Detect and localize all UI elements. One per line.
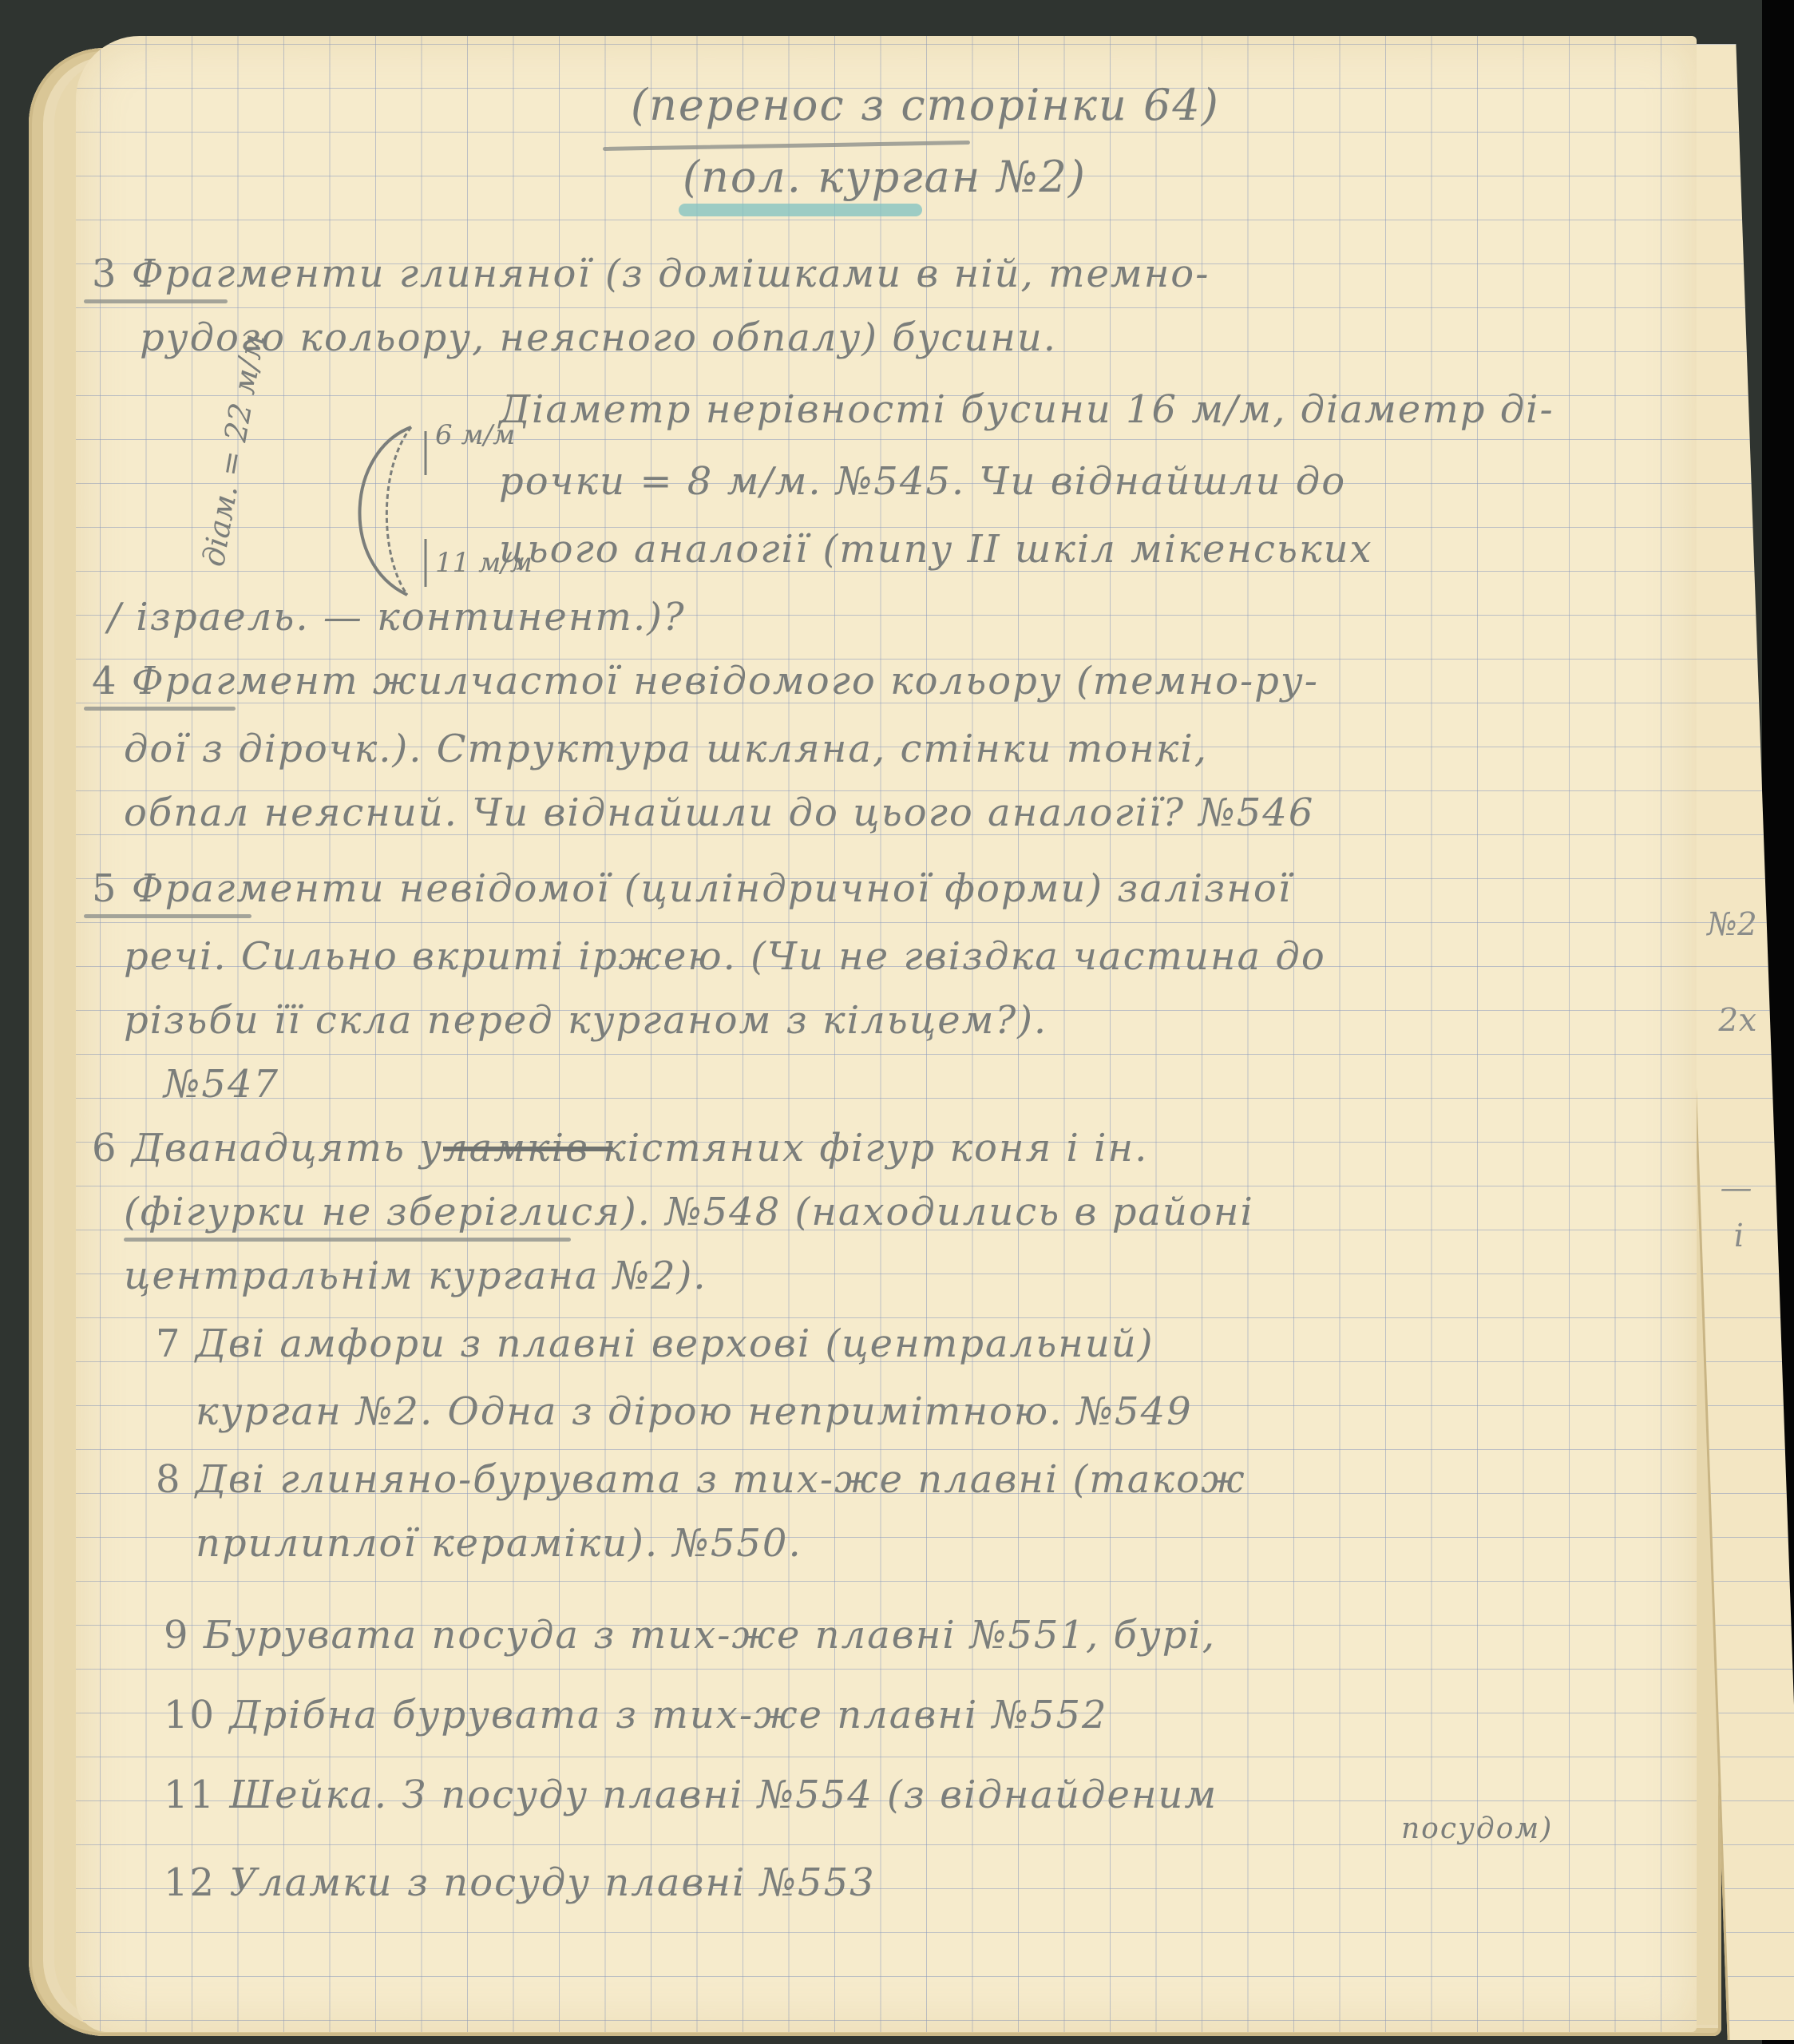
entry-number: 12 [164, 1860, 216, 1905]
entry-number: 10 [164, 1693, 216, 1737]
entry-line: Дванадцять уламків кістяних фігур коня і… [132, 1126, 1149, 1171]
entry-line: цього аналогії (типу II шкіл мікенських [499, 527, 1373, 572]
sketch-side-label: діам. = 22 м/м [196, 331, 271, 569]
adjacent-fragment: 2х [1717, 1002, 1757, 1039]
adjacent-fragment: — [1720, 1170, 1753, 1206]
entry-line: (фігурки не зберіглися). №548 (находилис… [124, 1190, 1254, 1234]
entry-line: центральнім кургана №2). [124, 1254, 707, 1298]
entry-10: 10 Дрібна бурувата з тих-же плавні №552 [164, 1693, 1108, 1737]
entry-line: дої з дірочк.). Структура шкляна, стінки… [124, 727, 1208, 771]
entry-number: 3 [92, 252, 118, 296]
entry-line: Фрагменти невідомої (циліндричної форми)… [132, 866, 1292, 911]
struck-word: уламків [443, 1126, 613, 1171]
entry-number: 9 [164, 1613, 190, 1658]
entry-9: 9 Бурувата посуда з тих-же плавні №551, … [164, 1613, 1216, 1658]
entry-7: 7 Дві амфори з плавні верхові (центральн… [156, 1321, 1154, 1366]
entry-12: 12 Уламки з посуду плавні №553 [164, 1860, 876, 1905]
header-underline [603, 141, 970, 151]
entry-3: 3 Фрагменти глиняної (з домішками в ній,… [92, 252, 1210, 296]
adjacent-fragment: і [1733, 1218, 1744, 1254]
entry-line: різьби її скла перед курганом з кільцем?… [124, 998, 1047, 1043]
entry-line: Уламки з посуду плавні №553 [229, 1860, 875, 1905]
entry-4: 4 Фрагмент жилчастої невідомого кольору … [92, 659, 1319, 703]
entry-line: Дрібна бурувата з тих-же плавні №552 [229, 1693, 1107, 1737]
entry-number: 5 [92, 866, 118, 911]
header-cyan-underline [679, 204, 922, 216]
entry-line: Дві глиняно-бурувата з тих-же плавні (та… [196, 1457, 1246, 1502]
entry-6: 6 Дванадцять уламків кістяних фігур коня… [92, 1126, 1148, 1171]
adjacent-fragment: №2 [1706, 906, 1758, 943]
catalog-number: №547 [164, 1062, 279, 1107]
entry-line: речі. Сильно вкриті іржею. (Чи не гвіздк… [124, 934, 1326, 979]
entry-number: 7 [156, 1321, 182, 1366]
entry-number: 6 [92, 1126, 118, 1171]
notebook-scan: №2 2х — і (перенос з сторінки 64) (пол. … [0, 0, 1794, 2044]
entry-line: Фрагмент жилчастої невідомого кольору (т… [132, 659, 1319, 703]
entry-underline [84, 914, 251, 918]
entry-line: рочки = 8 м/м. №545. Чи віднайшли до [499, 459, 1346, 504]
entry-5: 5 Фрагменти невідомої (циліндричної форм… [92, 866, 1292, 911]
entry-line: обпал неясний. Чи віднайшли до цього ана… [124, 790, 1314, 835]
notebook-page: (перенос з сторінки 64) (пол. курган №2)… [76, 36, 1697, 2032]
entry-line: прилиплої кераміки). №550. [196, 1521, 802, 1566]
entry-line: Дві амфори з плавні верхові (центральний… [196, 1321, 1154, 1366]
entry-line: Бурувата посуда з тих-же плавні №551, бу… [204, 1613, 1216, 1658]
entry-line: Діаметр нерівності бусини 16 м/м, діамет… [499, 387, 1554, 432]
header-line-2: (пол. курган №2) [683, 152, 1087, 202]
entry-underline [84, 299, 228, 303]
entry-line: / ізраель. — континент.)? [108, 595, 686, 640]
bead-sketch-icon [331, 419, 435, 603]
entry-8: 8 Дві глиняно-бурувата з тих-же плавні (… [156, 1457, 1246, 1502]
entry-line: Шейка. З посуду плавні №554 (з віднайден… [229, 1773, 1218, 1817]
entry-line: рудого кольору, неясного обпалу) бусини. [140, 315, 1057, 360]
entry-11: 11 Шейка. З посуду плавні №554 (з віднай… [164, 1773, 1218, 1817]
entry-number: 4 [92, 659, 118, 703]
entry-number: 11 [164, 1773, 216, 1817]
entry-number: 8 [156, 1457, 182, 1502]
entry-line: курган №2. Одна з дірою непримітною. №54… [196, 1389, 1193, 1434]
entry-underline [124, 1238, 571, 1242]
header-line-1: (перенос з сторінки 64) [631, 80, 1220, 130]
entry-line: посудом) [1401, 1812, 1553, 1845]
entry-underline [84, 707, 236, 711]
entry-line: Фрагменти глиняної (з домішками в ній, т… [132, 252, 1210, 296]
